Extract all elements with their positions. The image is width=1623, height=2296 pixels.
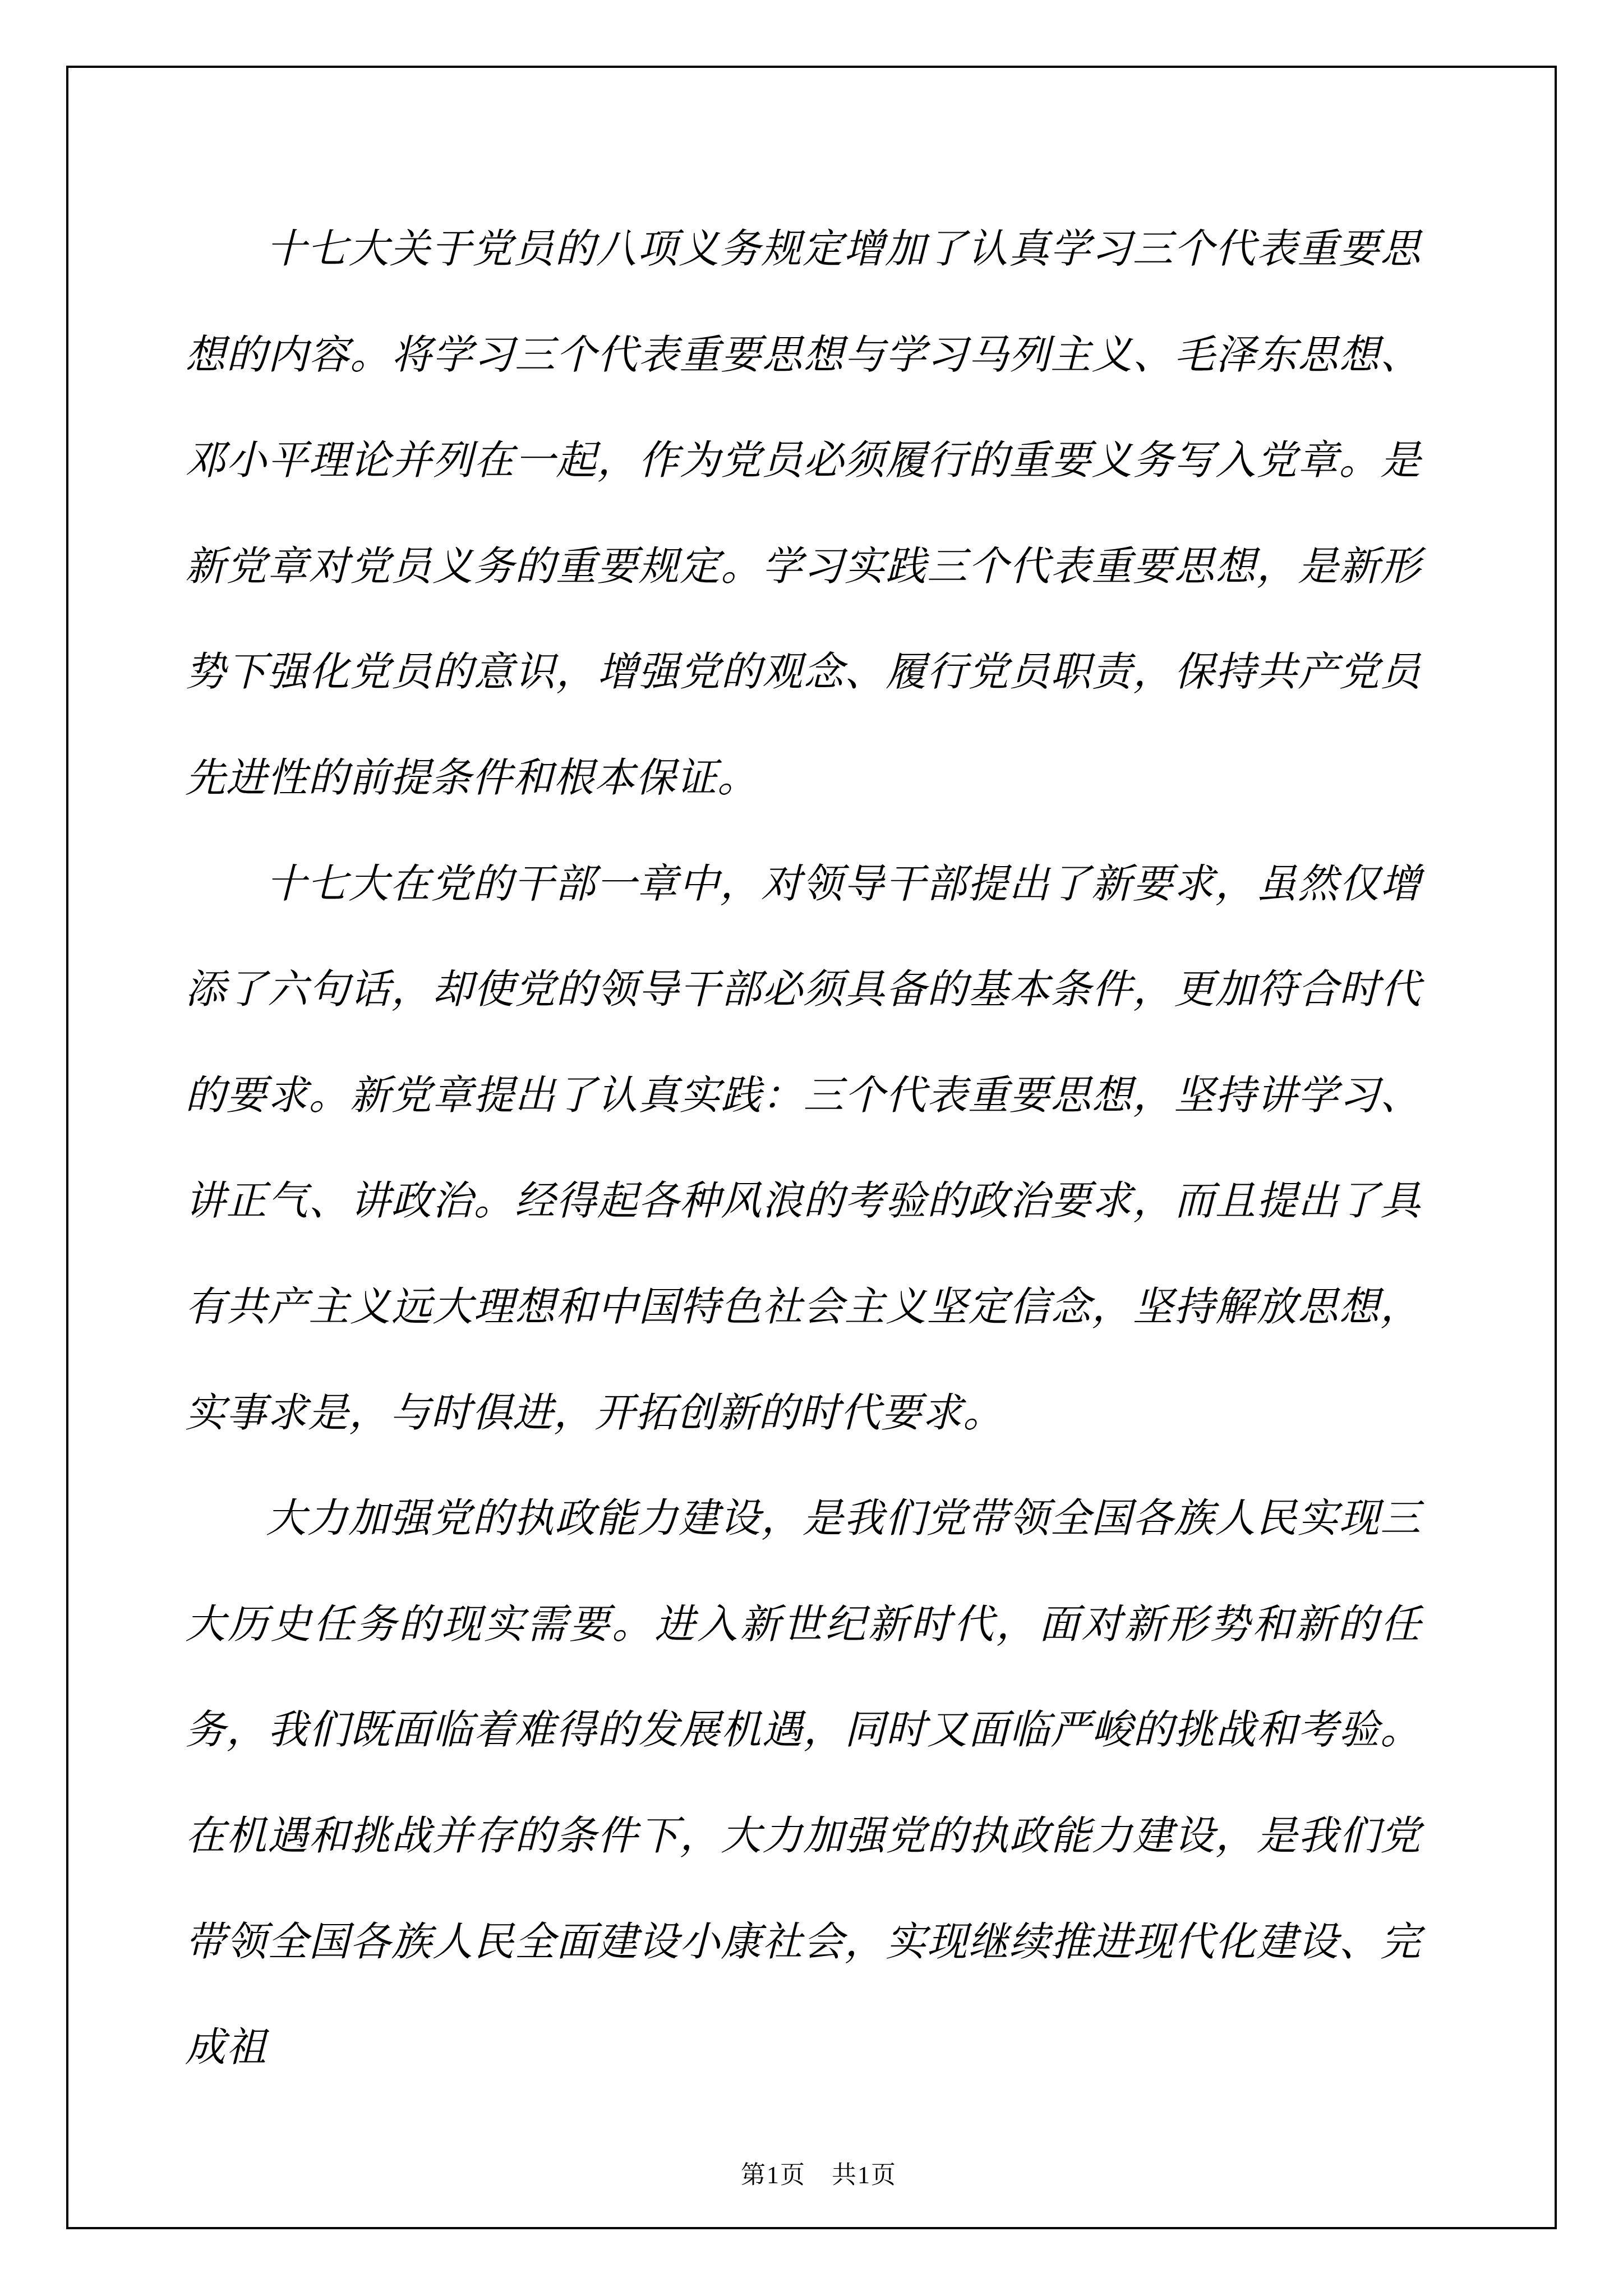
paragraph: 大力加强党的执政能力建设，是我们党带领全国各族人民实现三大历史任务的现实需要。进… <box>185 1466 1421 2101</box>
page-footer: 第1页 共1页 <box>0 2125 1623 2192</box>
paragraph: 十七大在党的干部一章中，对领导干部提出了新要求，虽然仅增添了六句话，却使党的领导… <box>185 831 1421 1466</box>
document-body: 十七大关于党员的八项义务规定增加了认真学习三个代表重要思想的内容。将学习三个代表… <box>185 196 1421 2101</box>
page-number: 第1页 共1页 <box>741 2161 897 2189</box>
paragraph: 十七大关于党员的八项义务规定增加了认真学习三个代表重要思想的内容。将学习三个代表… <box>185 196 1421 831</box>
